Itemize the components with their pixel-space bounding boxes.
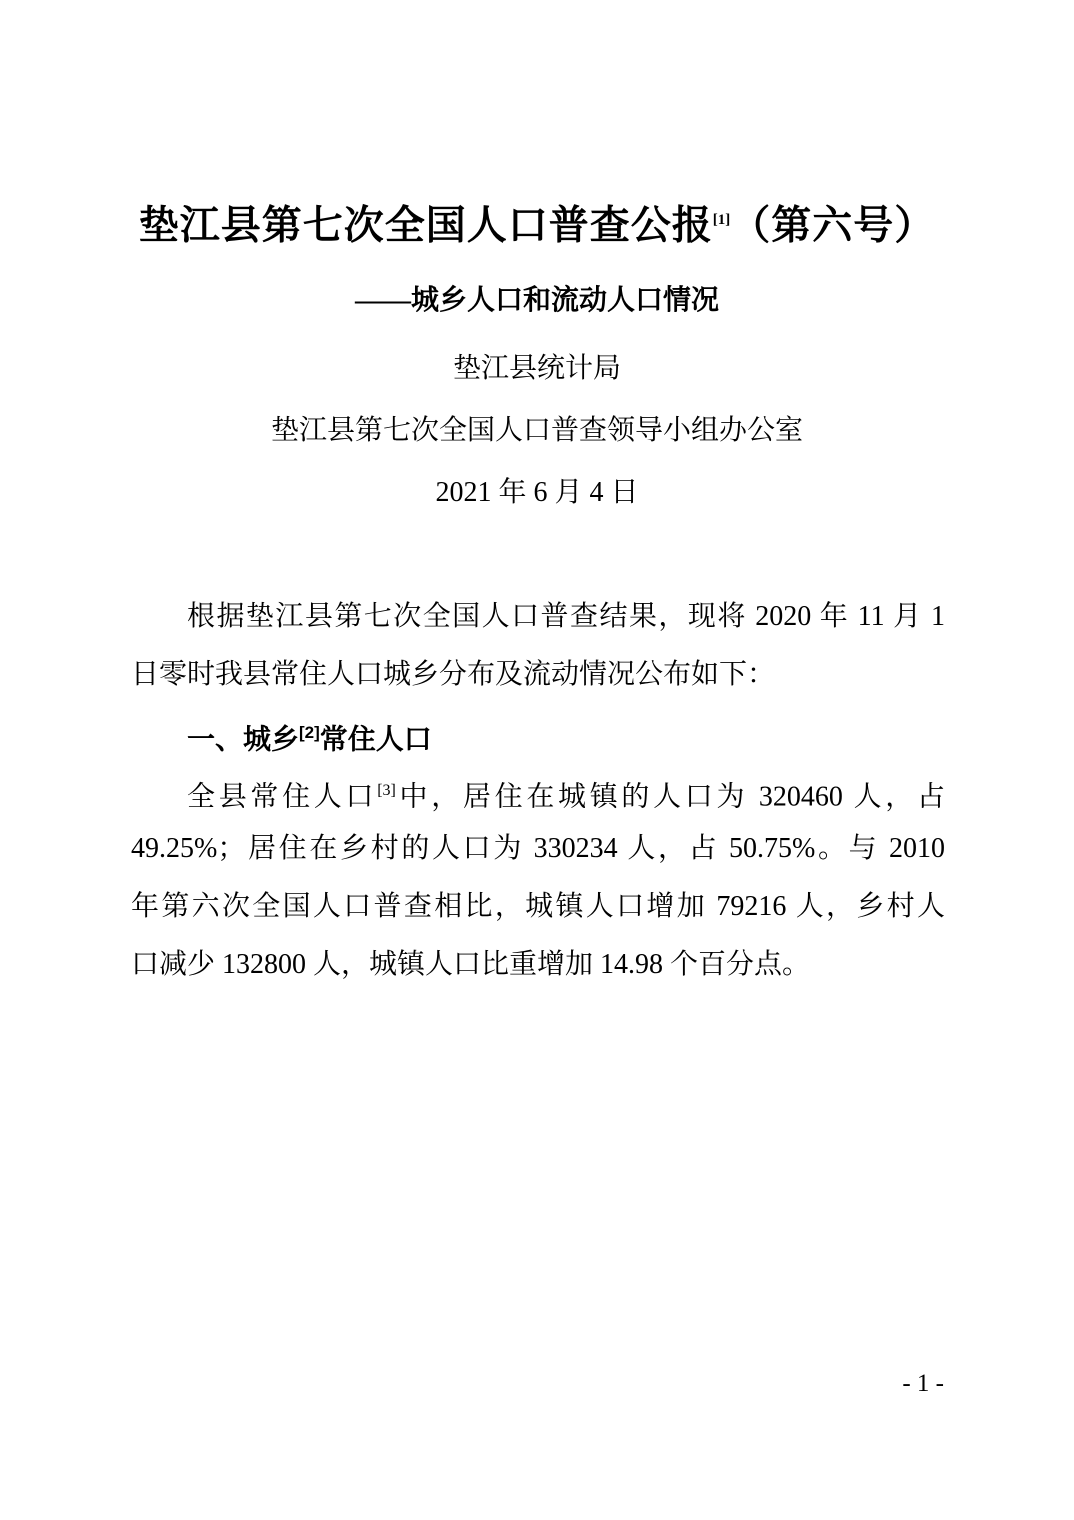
section-1-heading-post: 常住人口: [320, 724, 432, 755]
paragraph-2-line-4: 口减少 132800 人，城镇人口比重增加 14.98 个百分点。: [131, 936, 945, 994]
page-number: - 1 -: [902, 1368, 944, 1400]
document-page: 垫江县第七次全国人口普查公报[1]（第六号） ——城乡人口和流动人口情况 垫江县…: [0, 0, 1074, 1520]
byline-statistics-bureau: 垫江县统计局: [0, 349, 1074, 389]
section-1-footnote-ref: [2]: [299, 723, 320, 742]
section-1-heading: 一、城乡[2]常住人口: [131, 704, 945, 762]
paragraph-2-line-1: 全县常住人口[3]中，居住在城镇的人口为 320460 人，占: [131, 762, 945, 820]
publication-date: 2021 年 6 月 4 日: [0, 473, 1074, 513]
title-main-text: 垫江县第七次全国人口普查公报: [139, 202, 713, 247]
document-title: 垫江县第七次全国人口普查公报[1]（第六号）: [0, 188, 1074, 257]
section-1-heading-pre: 一、城乡: [187, 724, 299, 755]
paragraph-1-line-1: 根据垫江县第七次全国人口普查结果，现将 2020 年 11 月 1: [131, 588, 945, 646]
paragraph-2-line-3: 年第六次全国人口普查相比，城镇人口增加 79216 人，乡村人: [131, 878, 945, 936]
paragraph-2-line-2: 49.25%；居住在乡村的人口为 330234 人，占 50.75%。与 201…: [131, 820, 945, 878]
paragraph-1-line-2: 日零时我县常住人口城乡分布及流动情况公布如下：: [131, 646, 945, 704]
paragraph-2-footnote-ref: [3]: [377, 782, 396, 799]
paragraph-2-line-1-post: 中，居住在城镇的人口为 320460 人，占: [396, 782, 945, 813]
document-body: 根据垫江县第七次全国人口普查结果，现将 2020 年 11 月 1 日零时我县常…: [0, 588, 1074, 994]
byline-census-office: 垫江县第七次全国人口普查领导小组办公室: [0, 411, 1074, 451]
paragraph-2-line-1-pre: 全县常住人口: [187, 782, 377, 813]
title-suffix: （第六号）: [730, 202, 935, 247]
title-footnote-ref: [1]: [713, 212, 731, 228]
document-subtitle: ——城乡人口和流动人口情况: [0, 281, 1074, 321]
